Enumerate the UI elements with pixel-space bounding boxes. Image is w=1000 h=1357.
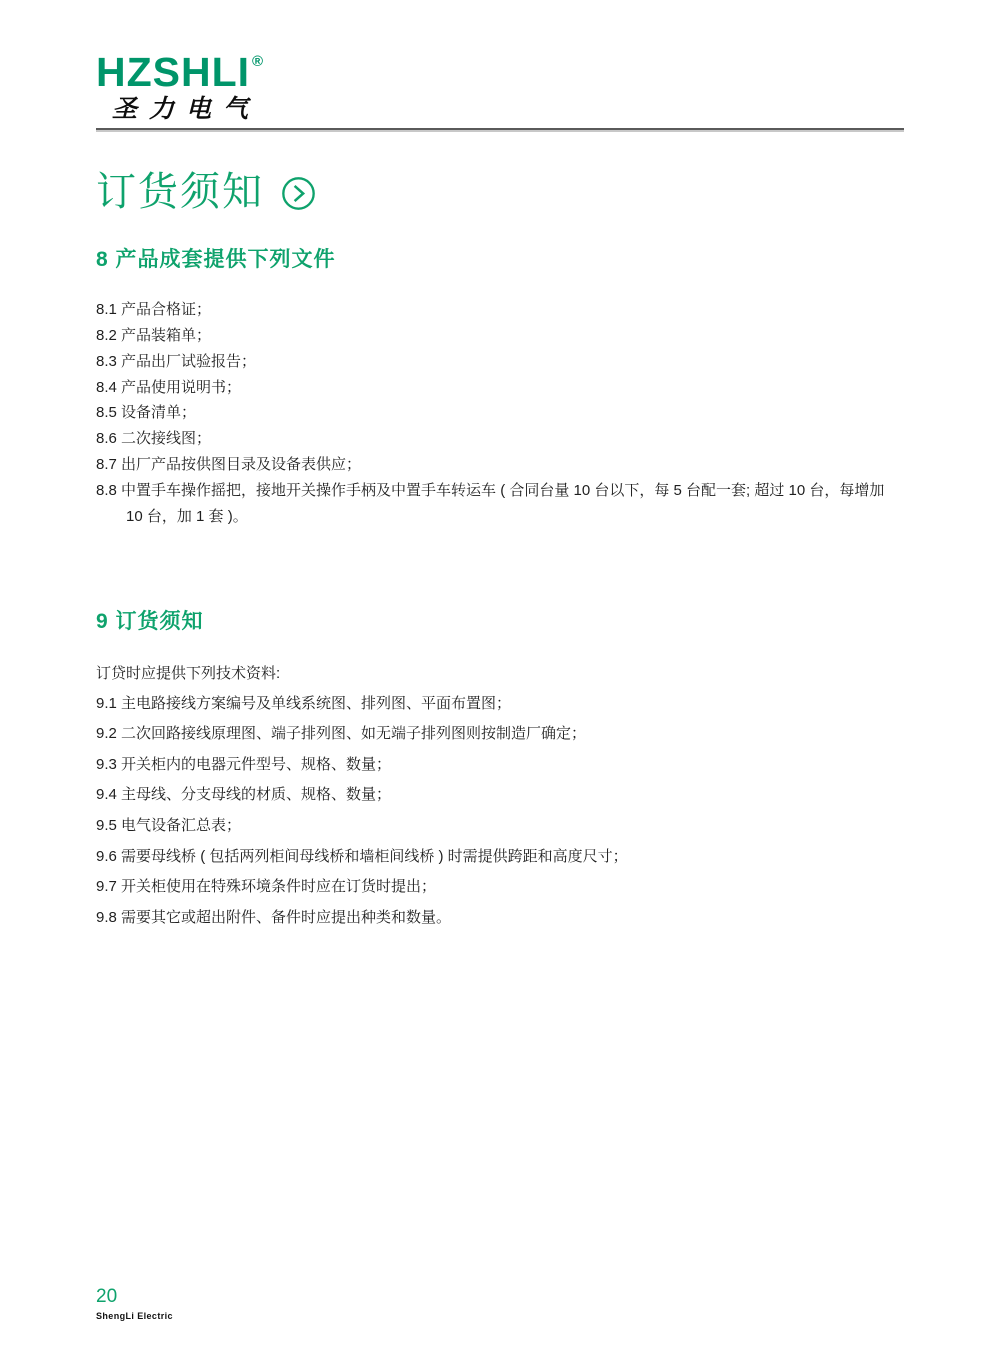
document-page: HZSHLI® 圣力电气 订货须知 8 产品成套提供下列文件 8.1 产品合格证… bbox=[0, 0, 1000, 1357]
list-item: 8.6 二次接线图； bbox=[96, 426, 904, 452]
list-item: 9.5 电气设备汇总表； bbox=[96, 811, 904, 842]
footer: 20 ShengLi Electric bbox=[96, 1286, 173, 1321]
section-intro: 订贷时应提供下列技术资料: bbox=[96, 664, 904, 684]
logo-subtitle: 圣力电气 bbox=[112, 96, 904, 121]
logo-text: HZSHLI bbox=[96, 49, 250, 95]
list-item: 9.3 开关柜内的电器元件型号、规格、数量； bbox=[96, 750, 904, 781]
section-9-item-list: 9.1 主电路接线方案编号及单线系统图、排列图、平面布置图；9.2 二次回路接线… bbox=[96, 689, 904, 934]
page-title: 订货须知 bbox=[96, 170, 904, 214]
logo: HZSHLI® bbox=[96, 52, 904, 93]
list-item: 8.5 设备清单； bbox=[96, 400, 904, 426]
list-item: 9.6 需要母线桥 ( 包括两列柜间母线桥和墙柜间线桥 ) 时需提供跨距和高度尺… bbox=[96, 842, 904, 873]
section-product-documents: 8 产品成套提供下列文件 8.1 产品合格证；8.2 产品装箱单；8.3 产品出… bbox=[96, 247, 904, 529]
section-heading: 9 订货须知 bbox=[96, 609, 904, 634]
header-divider bbox=[96, 128, 904, 130]
list-item: 8.1 产品合格证； bbox=[96, 297, 904, 323]
circle-arrow-icon bbox=[281, 176, 316, 211]
list-item: 8.4 产品使用说明书； bbox=[96, 375, 904, 401]
header: HZSHLI® 圣力电气 bbox=[96, 52, 904, 130]
list-item: 9.8 需要其它或超出附件、备件时应提出种类和数量。 bbox=[96, 903, 904, 934]
footer-company-name: ShengLi Electric bbox=[96, 1311, 173, 1321]
list-item: 8.2 产品装箱单； bbox=[96, 323, 904, 349]
page-number: 20 bbox=[96, 1286, 173, 1309]
list-item: 8.3 产品出厂试验报告； bbox=[96, 349, 904, 375]
section-ordering-notes: 9 订货须知 订贷时应提供下列技术资料: 9.1 主电路接线方案编号及单线系统图… bbox=[96, 609, 904, 933]
section-heading: 8 产品成套提供下列文件 bbox=[96, 247, 904, 272]
list-item: 8.8 中置手车操作摇把，接地开关操作手柄及中置手车转运车 ( 合同台量 10 … bbox=[96, 478, 904, 530]
list-item: 8.7 出厂产品按供图目录及设备表供应； bbox=[96, 452, 904, 478]
list-item: 9.7 开关柜使用在特殊环境条件时应在订货时提出； bbox=[96, 872, 904, 903]
list-item: 9.2 二次回路接线原理图、端子排列图、如无端子排列图则按制造厂确定； bbox=[96, 719, 904, 750]
list-item: 9.1 主电路接线方案编号及单线系统图、排列图、平面布置图； bbox=[96, 689, 904, 720]
section-8-item-list: 8.1 产品合格证；8.2 产品装箱单；8.3 产品出厂试验报告；8.4 产品使… bbox=[96, 297, 904, 529]
page-title-text: 订货须知 bbox=[96, 170, 264, 214]
list-item: 9.4 主母线、分支母线的材质、规格、数量； bbox=[96, 780, 904, 811]
registered-mark-icon: ® bbox=[252, 53, 263, 70]
